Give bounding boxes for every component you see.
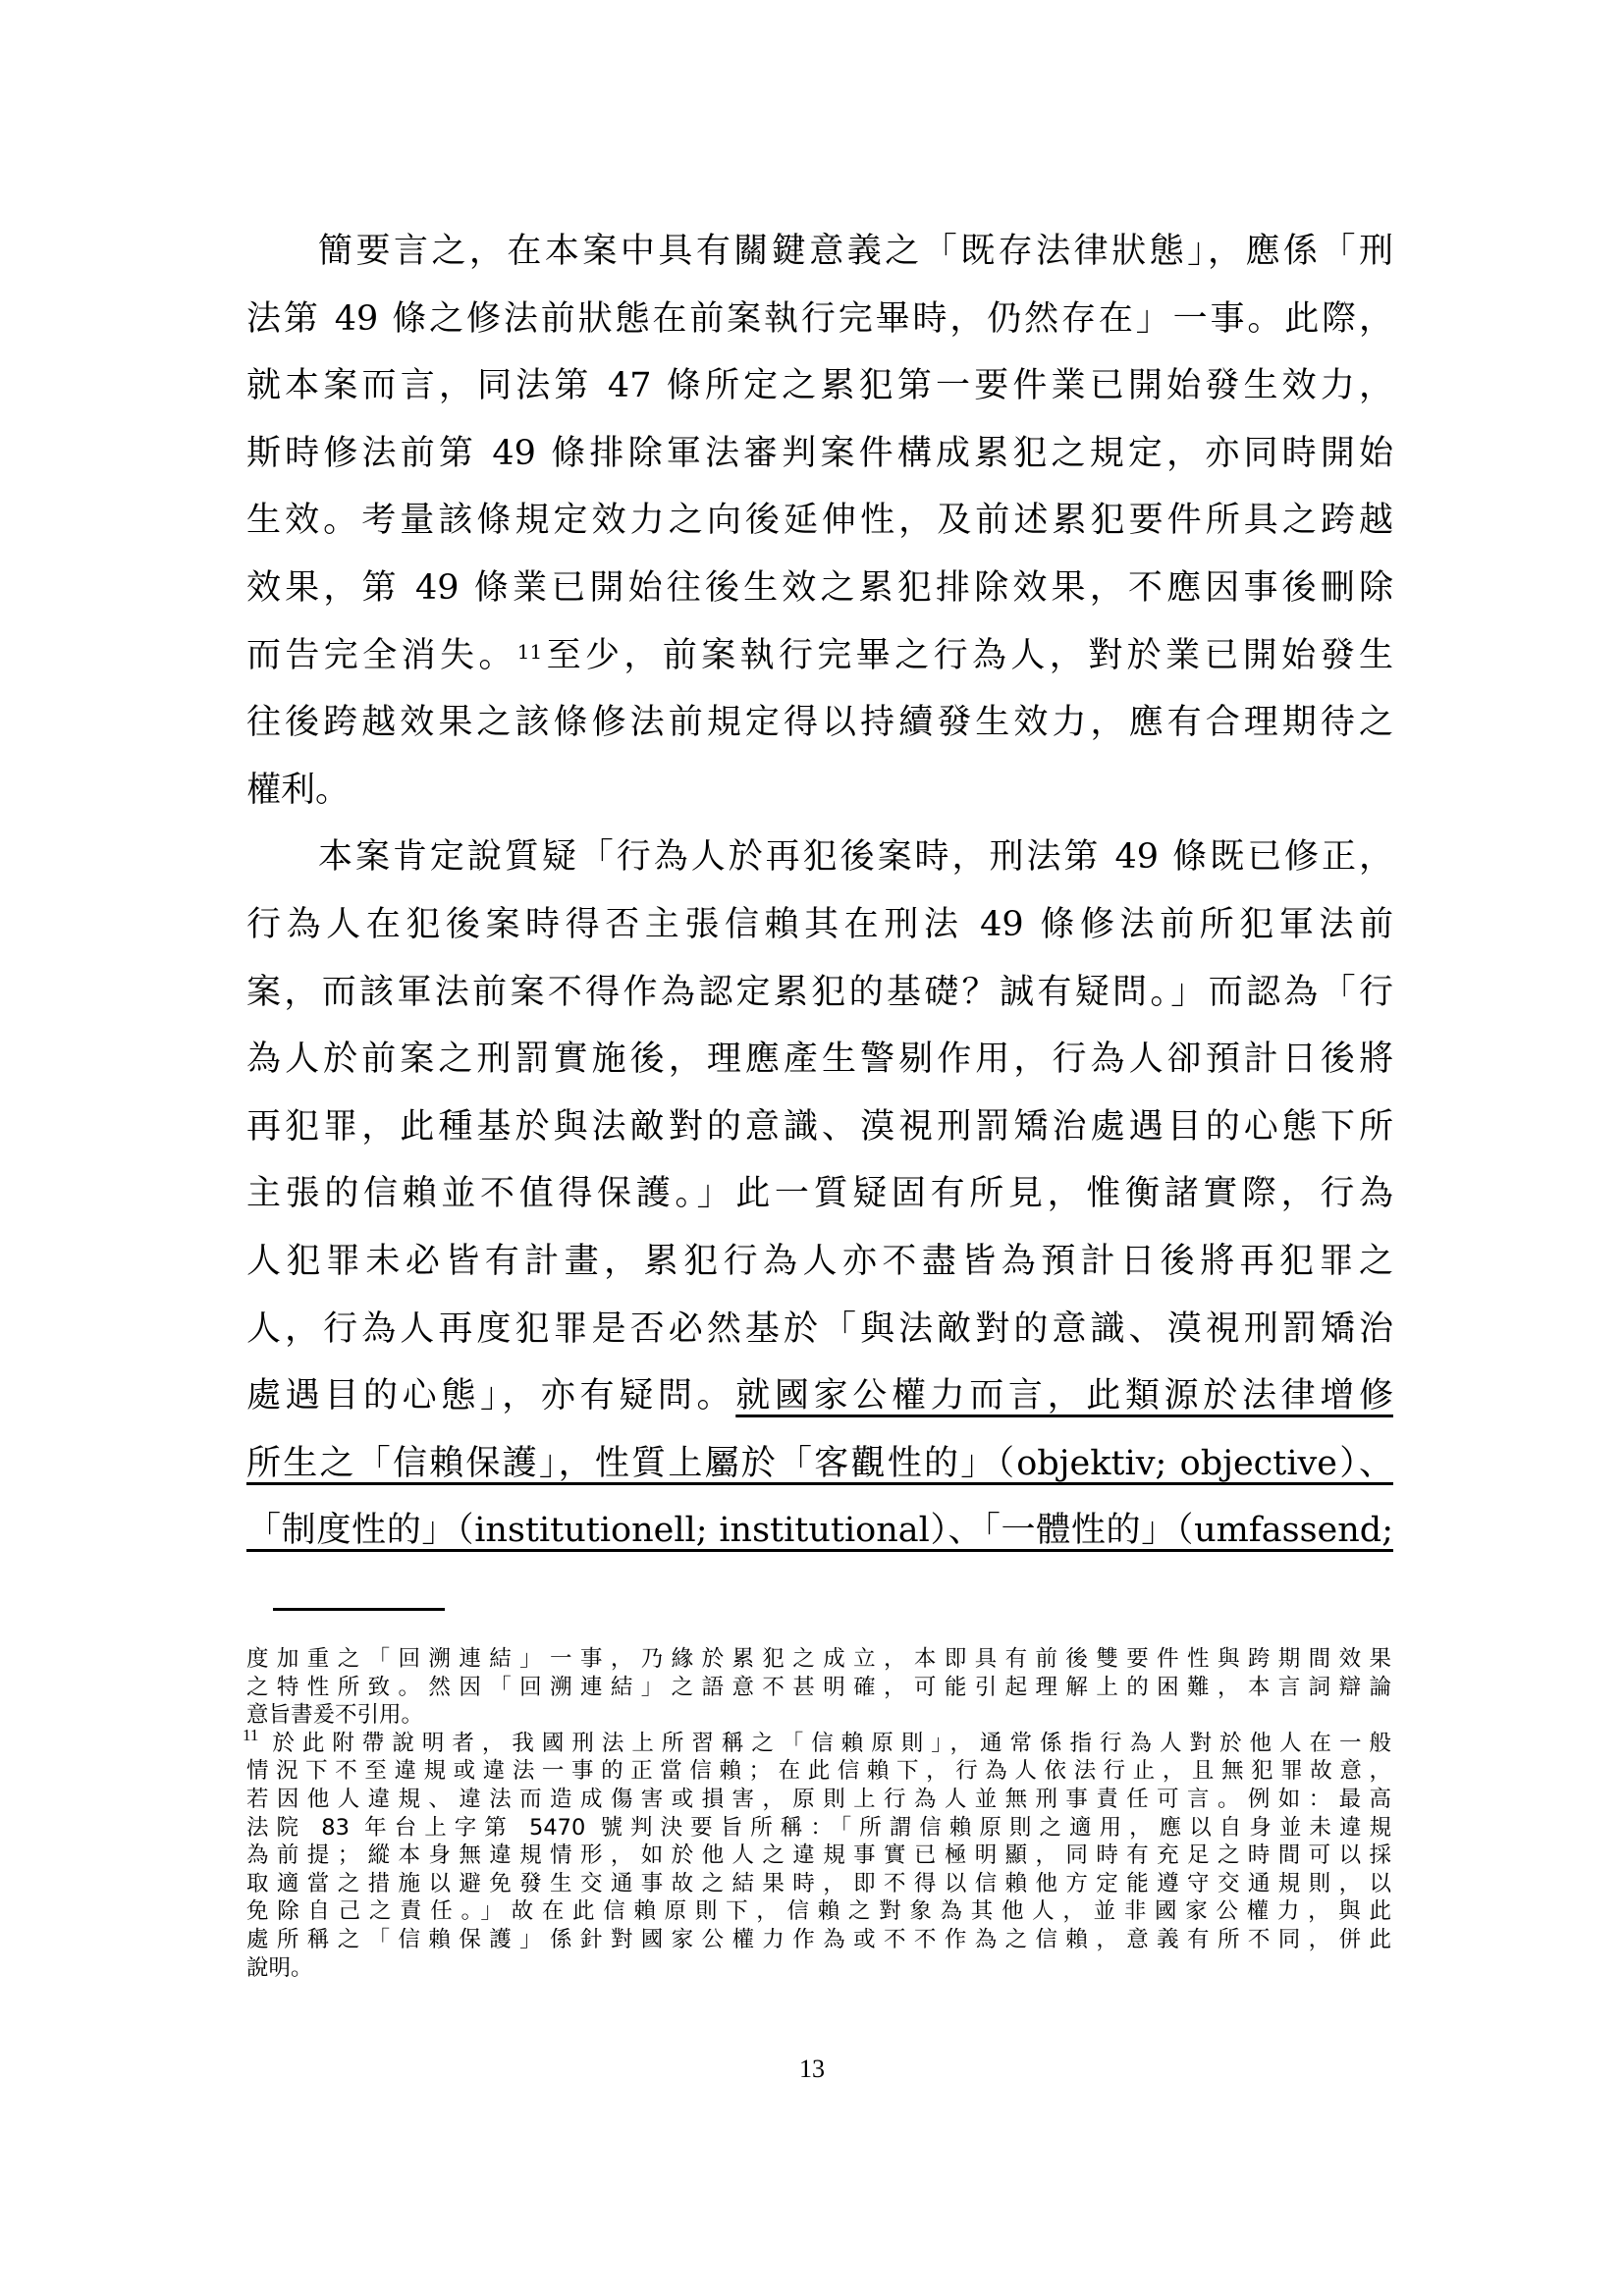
footnote-11-line: 說明。 xyxy=(246,1954,1391,1983)
footnote-11-line: 若因他人違規、違法而造成傷害或損害，原則上行為人並無刑事責任可言。例如：最高 xyxy=(246,1786,1391,1814)
paragraph-2-line: 「制度性的」（institutionell; institutional）、「一… xyxy=(246,1497,1393,1565)
paragraph-2-line: 案，而該軍法前案不得作為認定累犯的基礎？誠有疑問。」而認為「行 xyxy=(246,959,1393,1027)
footnote-number: 11 xyxy=(243,1726,258,1744)
document-page: 簡要言之，在本案中具有關鍵意義之「既存法律狀態」，應係「刑 法第 49 條之修法… xyxy=(0,0,1624,2296)
paragraph-2-line: 所生之「信賴保護」，性質上屬於「客觀性的」（objektiv; objectiv… xyxy=(246,1430,1393,1498)
footnote-continuation-line: 度加重之「回溯連結」一事，乃緣於累犯之成立，本即具有前後雙要件性與跨期間效果 xyxy=(246,1645,1391,1674)
text-segment: 於此附帶說明者，我國刑法上所習稱之「信賴原則」，通常係指行為人對於他人在一般 xyxy=(264,1731,1391,1756)
paragraph-1-line: 往後跨越效果之該條修法前規定得以持續發生效力，應有合理期待之 xyxy=(246,689,1393,757)
text-segment: 至少，前案執行完畢之行為人，對於業已開始發生 xyxy=(542,636,1393,675)
footnote-11-line: 情況下不至違規或違法一事的正當信賴；在此信賴下，行為人依法行止，且無犯罪故意， xyxy=(246,1757,1391,1786)
footnote-continuation-line: 意旨書爰不引用。 xyxy=(246,1701,1391,1730)
paragraph-1-line: 權利。 xyxy=(246,757,1393,825)
paragraph-1-line: 而告完全消失。11至少，前案執行完畢之行為人，對於業已開始發生 xyxy=(246,622,1393,690)
body-text: 簡要言之，在本案中具有關鍵意義之「既存法律狀態」，應係「刑 法第 49 條之修法… xyxy=(246,218,1393,1565)
footnotes: 度加重之「回溯連結」一事，乃緣於累犯之成立，本即具有前後雙要件性與跨期間效果 之… xyxy=(246,1645,1391,1982)
paragraph-2-line: 處遇目的心態」，亦有疑問。就國家公權力而言，此類源於法律增修 xyxy=(246,1362,1393,1430)
underlined-text: 就國家公權力而言，此類源於法律增修 xyxy=(735,1376,1393,1415)
footnote-11-line: 11於此附帶說明者，我國刑法上所習稱之「信賴原則」，通常係指行為人對於他人在一般 xyxy=(246,1730,1391,1758)
footnote-reference-11[interactable]: 11 xyxy=(517,640,542,664)
footnote-11-line: 取適當之措施以避免發生交通事故之結果時，即不得以信賴他方定能遵守交通規則，以 xyxy=(246,1870,1391,1898)
text-segment: 而告完全消失。 xyxy=(246,636,517,675)
paragraph-2-line: 主張的信賴並不值得保護。」此一質疑固有所見，惟衡諸實際，行為 xyxy=(246,1160,1393,1228)
paragraph-1-line: 簡要言之，在本案中具有關鍵意義之「既存法律狀態」，應係「刑 xyxy=(246,218,1393,286)
footnote-11-line: 法院 83 年台上字第 5470 號判決要旨所稱：「所謂信賴原則之適用，應以自身… xyxy=(246,1814,1391,1842)
footnote-separator xyxy=(273,1608,445,1611)
paragraph-1-line: 就本案而言，同法第 47 條所定之累犯第一要件業已開始發生效力， xyxy=(246,352,1393,420)
paragraph-2-line: 為人於前案之刑罰實施後，理應產生警剔作用，行為人卻預計日後將 xyxy=(246,1026,1393,1094)
paragraph-1-line: 效果，第 49 條業已開始往後生效之累犯排除效果，不應因事後刪除 xyxy=(246,555,1393,622)
paragraph-2-line: 行為人在犯後案時得否主張信賴其在刑法 49 條修法前所犯軍法前 xyxy=(246,891,1393,959)
footnote-continuation-line: 之特性所致。然因「回溯連結」之語意不甚明確，可能引起理解上的困難，本言詞辯論 xyxy=(246,1674,1391,1702)
paragraph-1-line: 斯時修法前第 49 條排除軍法審判案件構成累犯之規定，亦同時開始 xyxy=(246,420,1393,488)
footnote-11-line: 處所稱之「信賴保護」係針對國家公權力作為或不不作為之信賴，意義有所不同，併此 xyxy=(246,1926,1391,1954)
paragraph-2-line: 本案肯定說質疑「行為人於再犯後案時，刑法第 49 條既已修正， xyxy=(246,824,1393,891)
paragraph-2-line: 人犯罪未必皆有計畫，累犯行為人亦不盡皆為預計日後將再犯罪之 xyxy=(246,1228,1393,1296)
footnote-11-line: 免除自己之責任。」故在此信賴原則下，信賴之對象為其他人，並非國家公權力，與此 xyxy=(246,1897,1391,1926)
footnote-11-line: 為前提；縱本身無違規情形，如於他人之違規事實已極明顯，同時有充足之時間可以採 xyxy=(246,1842,1391,1870)
text-segment: 處遇目的心態」，亦有疑問。 xyxy=(246,1376,735,1415)
paragraph-1-line: 生效。考量該條規定效力之向後延伸性，及前述累犯要件所具之跨越 xyxy=(246,487,1393,555)
page-number: 13 xyxy=(0,2055,1624,2084)
underlined-text: 「制度性的」（institutionell; institutional）、「一… xyxy=(246,1511,1393,1550)
paragraph-1-line: 法第 49 條之修法前狀態在前案執行完畢時，仍然存在」一事。此際， xyxy=(246,286,1393,353)
paragraph-2-line: 人，行為人再度犯罪是否必然基於「與法敵對的意識、漠視刑罰矯治 xyxy=(246,1296,1393,1363)
underlined-text: 所生之「信賴保護」，性質上屬於「客觀性的」（objektiv; objectiv… xyxy=(246,1444,1393,1483)
paragraph-2-line: 再犯罪，此種基於與法敵對的意識、漠視刑罰矯治處遇目的心態下所 xyxy=(246,1094,1393,1161)
